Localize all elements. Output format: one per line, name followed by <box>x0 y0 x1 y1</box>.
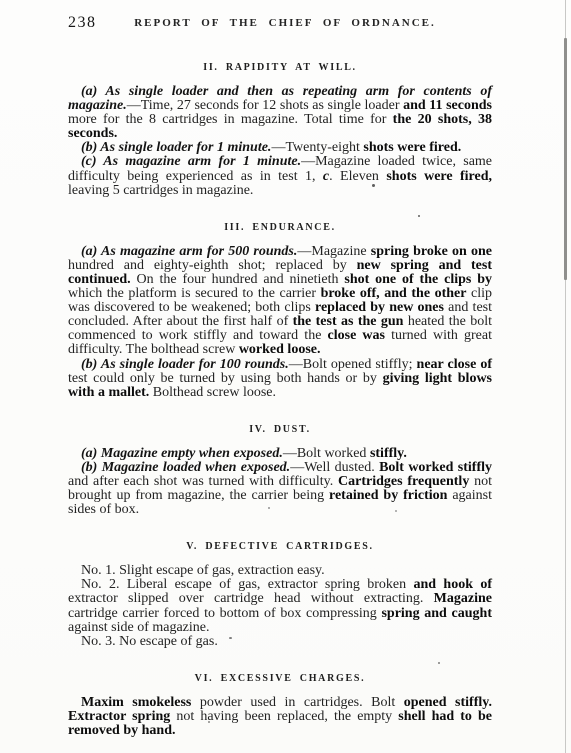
text-segment: spring broke on one <box>371 244 492 259</box>
paragraph: Maxim smokeless powder used in cartridge… <box>68 696 492 738</box>
text-segment: Maxim smokeless <box>81 695 191 710</box>
text-segment: the test as the gun <box>293 314 404 329</box>
text-segment: not having been replaced, the empty <box>170 709 398 724</box>
text-segment: Bolthead screw loose. <box>149 385 276 400</box>
text-segment: —Magazine <box>297 244 370 259</box>
paragraph: (b) As single loader for 1 minute.—Twent… <box>68 141 492 155</box>
text-segment: (c) As magazine arm for 1 minute. <box>81 154 301 169</box>
text-segment: spring and caught <box>381 606 492 621</box>
scan-speck <box>372 184 375 187</box>
text-segment: close was <box>328 328 385 343</box>
text-segment: —Bolt worked <box>283 446 370 461</box>
scan-speck <box>268 507 270 509</box>
running-header: REPORT OF THE CHIEF OF ORDNANCE. <box>68 17 502 29</box>
text-segment: retained by friction <box>329 488 447 503</box>
scan-speck <box>395 510 397 512</box>
page-header: 238 REPORT OF THE CHIEF OF ORDNANCE. <box>68 14 492 33</box>
scan-speck <box>229 637 232 639</box>
text-segment: —Time, 27 seconds for 12 shots as single… <box>127 98 403 113</box>
text-segment: (b) Magazine loaded when exposed. <box>81 460 290 475</box>
section-heading: II. RAPIDITY AT WILL. <box>68 62 492 73</box>
text-segment: shots were fired. <box>363 140 461 155</box>
text-segment: stiffly. <box>370 446 407 461</box>
text-segment: No. 2. Liberal escape of gas, extractor … <box>81 577 413 592</box>
text-segment: Bolt worked stiffly <box>379 460 492 475</box>
text-segment: . Eleven <box>329 169 386 184</box>
text-segment: No. 3. No escape of gas. <box>81 634 218 649</box>
text-segment: broke off, and the other <box>321 286 467 301</box>
section-heading: VI. EXCESSIVE CHARGES. <box>68 673 492 684</box>
paragraph: (a) Magazine empty when exposed.—Bolt wo… <box>68 447 492 461</box>
text-segment: more for the 8 cartridges in magazine. T… <box>68 112 393 127</box>
scan-speck <box>208 721 210 723</box>
paragraph: No. 2. Liberal escape of gas, extractor … <box>68 578 492 634</box>
text-segment: Magazine <box>434 591 492 606</box>
text-segment: Extractor spring <box>68 709 170 724</box>
text-segment: Cartridges frequently <box>338 474 469 489</box>
paragraph: (c) As magazine arm for 1 minute.—Magazi… <box>68 155 492 197</box>
paragraph: (b) Magazine loaded when exposed.—Well d… <box>68 461 492 517</box>
text-segment: shot one of the clips by <box>344 272 492 287</box>
text-segment: and 11 seconds <box>403 98 492 113</box>
scan-speck <box>418 215 420 217</box>
text-segment: and after each shot was turned with diff… <box>68 474 338 489</box>
document-page: 238 REPORT OF THE CHIEF OF ORDNANCE. II.… <box>0 0 571 753</box>
text-segment: —Twenty-eight <box>271 140 363 155</box>
text-segment: No. 1. Slight escape of gas, extraction … <box>81 563 325 578</box>
text-segment: which the platform is secured to the car… <box>68 286 321 301</box>
text-segment: —Well dusted. <box>290 460 379 475</box>
text-segment: (a) Magazine empty when exposed. <box>81 446 283 461</box>
paragraph: (a) As single loader and then as repeati… <box>68 85 492 141</box>
text-segment: leaving 5 cartridges in magazine. <box>68 183 253 198</box>
paragraph: No. 3. No escape of gas. <box>68 635 492 649</box>
text-segment: replaced by new ones <box>315 300 444 315</box>
text-segment: extractor slipped over cartridge head wi… <box>68 591 434 606</box>
section-heading: V. DEFECTIVE CARTRIDGES. <box>68 541 492 552</box>
text-segment: (b) As single loader for 100 rounds. <box>81 357 289 372</box>
paragraph: (b) As single loader for 100 rounds.—Bol… <box>68 358 492 400</box>
page-content: 238 REPORT OF THE CHIEF OF ORDNANCE. II.… <box>68 14 492 738</box>
text-segment: test could only be turned by using both … <box>68 371 383 386</box>
text-segment: hundred and eighty-eighth shot; replaced… <box>68 258 357 273</box>
section-heading: IV. DUST. <box>68 424 492 435</box>
paragraph: No. 1. Slight escape of gas, extraction … <box>68 564 492 578</box>
text-segment: —Bolt opened stiffly; <box>289 357 417 372</box>
scan-speck <box>438 662 440 664</box>
page-body: II. RAPIDITY AT WILL.(a) As single loade… <box>68 62 492 738</box>
section-heading: III. ENDURANCE. <box>68 222 492 233</box>
text-segment: On the four hundred and ninetieth <box>131 272 345 287</box>
text-segment: near close of <box>417 357 493 372</box>
text-segment: cartridge carrier forced to bottom of bo… <box>68 606 381 621</box>
text-segment: against side of magazine. <box>68 620 210 635</box>
scan-edge-line-dark <box>564 38 567 280</box>
text-segment: and hook of <box>413 577 492 592</box>
text-segment: worked loose. <box>239 342 321 357</box>
text-segment: opened stiffly. <box>404 695 492 710</box>
text-segment: (a) As magazine arm for 500 rounds. <box>81 244 297 259</box>
text-segment: powder used in cartridges. Bolt <box>191 695 403 710</box>
text-segment: (b) As single loader for 1 minute. <box>81 140 271 155</box>
paragraph: (a) As magazine arm for 500 rounds.—Maga… <box>68 245 492 358</box>
text-segment: shots were fired, <box>386 169 492 184</box>
